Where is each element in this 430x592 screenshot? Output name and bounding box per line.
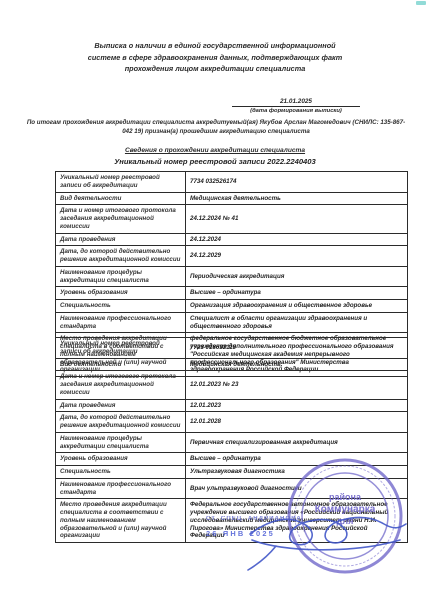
clerk-name-stamp: СТ. СПЕЦ. АНДРИАНОВА — [206, 516, 302, 522]
table-row: Наименование процедуры аккредитации спец… — [56, 266, 408, 287]
field-value: 12.01.2028 — [186, 412, 408, 433]
field-label: Дата и номер итогового протокола заседан… — [56, 371, 186, 399]
field-label: Дата и номер итогового протокола заседан… — [56, 205, 186, 233]
field-value: 24.12.2029 — [186, 246, 408, 267]
table-row: Уровень образованияВысшее – ординатура — [56, 453, 408, 466]
field-value: Медицинская деятельность. — [186, 358, 408, 371]
document-title: Выписка о наличии в единой государственн… — [50, 40, 380, 75]
field-value: 24.12.2024 — [186, 233, 408, 246]
table-row: СпециальностьОрганизация здравоохранения… — [56, 300, 408, 313]
field-label: Уровень образования — [56, 453, 186, 466]
table-row: Наименование профессионального стандарта… — [56, 478, 408, 499]
field-label: Наименование процедуры аккредитации спец… — [56, 266, 186, 287]
field-label: Уникальный номер реестровой записи об ак… — [56, 338, 186, 359]
field-label: Специальность — [56, 466, 186, 479]
table-row: Уникальный номер реестровой записи об ак… — [56, 338, 408, 359]
table-row: Дата, до которой действительно решение а… — [56, 412, 408, 433]
field-value: 7734 032526174 — [186, 172, 408, 193]
field-label: Место проведения аккредитации специалист… — [56, 499, 186, 543]
field-value: Ультразвуковая диагностика — [186, 466, 408, 479]
field-value: 12.01.2023 № 23 — [186, 371, 408, 399]
table-row: СпециальностьУльтразвуковая диагностика — [56, 466, 408, 479]
field-value: 7723 018632115 — [186, 338, 408, 359]
table-row: Уникальный номер реестровой записи об ак… — [56, 172, 408, 193]
field-label: Дата проведения — [56, 399, 186, 412]
field-value: Первичная специализированная аккредитаци… — [186, 432, 408, 453]
document-title-line: системе в сфере здравоохранения данных, … — [50, 52, 380, 64]
field-label: Дата, до которой действительно решение а… — [56, 412, 186, 433]
field-label: Уникальный номер реестровой записи об ак… — [56, 172, 186, 193]
issue-date: 21.01.2025 — [232, 98, 360, 107]
field-label: Вид деятельности — [56, 358, 186, 371]
field-label: Наименование процедуры аккредитации спец… — [56, 432, 186, 453]
received-date-stamp: 26 ЯНВ 2025 — [206, 529, 275, 538]
scanned-extract-page: Выписка о наличии в единой государственн… — [0, 0, 430, 592]
record-number-heading: Уникальный номер реестровой записи 2022.… — [40, 157, 390, 166]
field-value: Периодическая аккредитация — [186, 266, 408, 287]
table-row: Уровень образованияВысшее – ординатура — [56, 287, 408, 300]
table-row: Дата и номер итогового протокола заседан… — [56, 371, 408, 399]
field-label: Уровень образования — [56, 287, 186, 300]
field-label: Специальность — [56, 300, 186, 313]
document-title-line: прохождения лицом аккредитации специалис… — [50, 63, 380, 75]
field-value: 24.12.2024 № 41 — [186, 205, 408, 233]
table-row: Дата и номер итогового протокола заседан… — [56, 205, 408, 233]
table-row: Вид деятельностиМедицинская деятельность… — [56, 358, 408, 371]
field-value: Врач ультразвуковой диагностики — [186, 478, 408, 499]
field-value: Организация здравоохранения и общественн… — [186, 300, 408, 313]
intro-paragraph: По итогам прохождения аккредитации специ… — [22, 119, 410, 137]
scan-artifact-mark — [416, 1, 426, 5]
field-value: Высшее – ординатура — [186, 287, 408, 300]
field-label: Наименование профессионального стандарта — [56, 478, 186, 499]
table-row: Наименование процедуры аккредитации спец… — [56, 432, 408, 453]
accreditation-table-primary: Уникальный номер реестровой записи об ак… — [55, 337, 408, 543]
field-label: Дата проведения — [56, 233, 186, 246]
document-title-line: Выписка о наличии в единой государственн… — [50, 40, 380, 52]
issue-date-block: 21.01.2025 (дата формирования выписки) — [232, 98, 360, 114]
table-row: Дата, до которой действительно решение а… — [56, 246, 408, 267]
table-row: Дата проведения12.01.2023 — [56, 399, 408, 412]
field-value: Медицинская деятельность — [186, 192, 408, 205]
section-heading: Сведения о прохождении аккредитации спец… — [40, 147, 390, 154]
table-row: Вид деятельностиМедицинская деятельность — [56, 192, 408, 205]
table-row: Дата проведения24.12.2024 — [56, 233, 408, 246]
field-value: Высшее – ординатура — [186, 453, 408, 466]
field-value: Специалист в области организации здравоо… — [186, 312, 408, 333]
field-label: Наименование профессионального стандарта — [56, 312, 186, 333]
field-label: Дата, до которой действительно решение а… — [56, 246, 186, 267]
issue-date-caption: (дата формирования выписки) — [232, 107, 360, 114]
table-row: Наименование профессионального стандарта… — [56, 312, 408, 333]
field-value: 12.01.2023 — [186, 399, 408, 412]
field-label: Вид деятельности — [56, 192, 186, 205]
